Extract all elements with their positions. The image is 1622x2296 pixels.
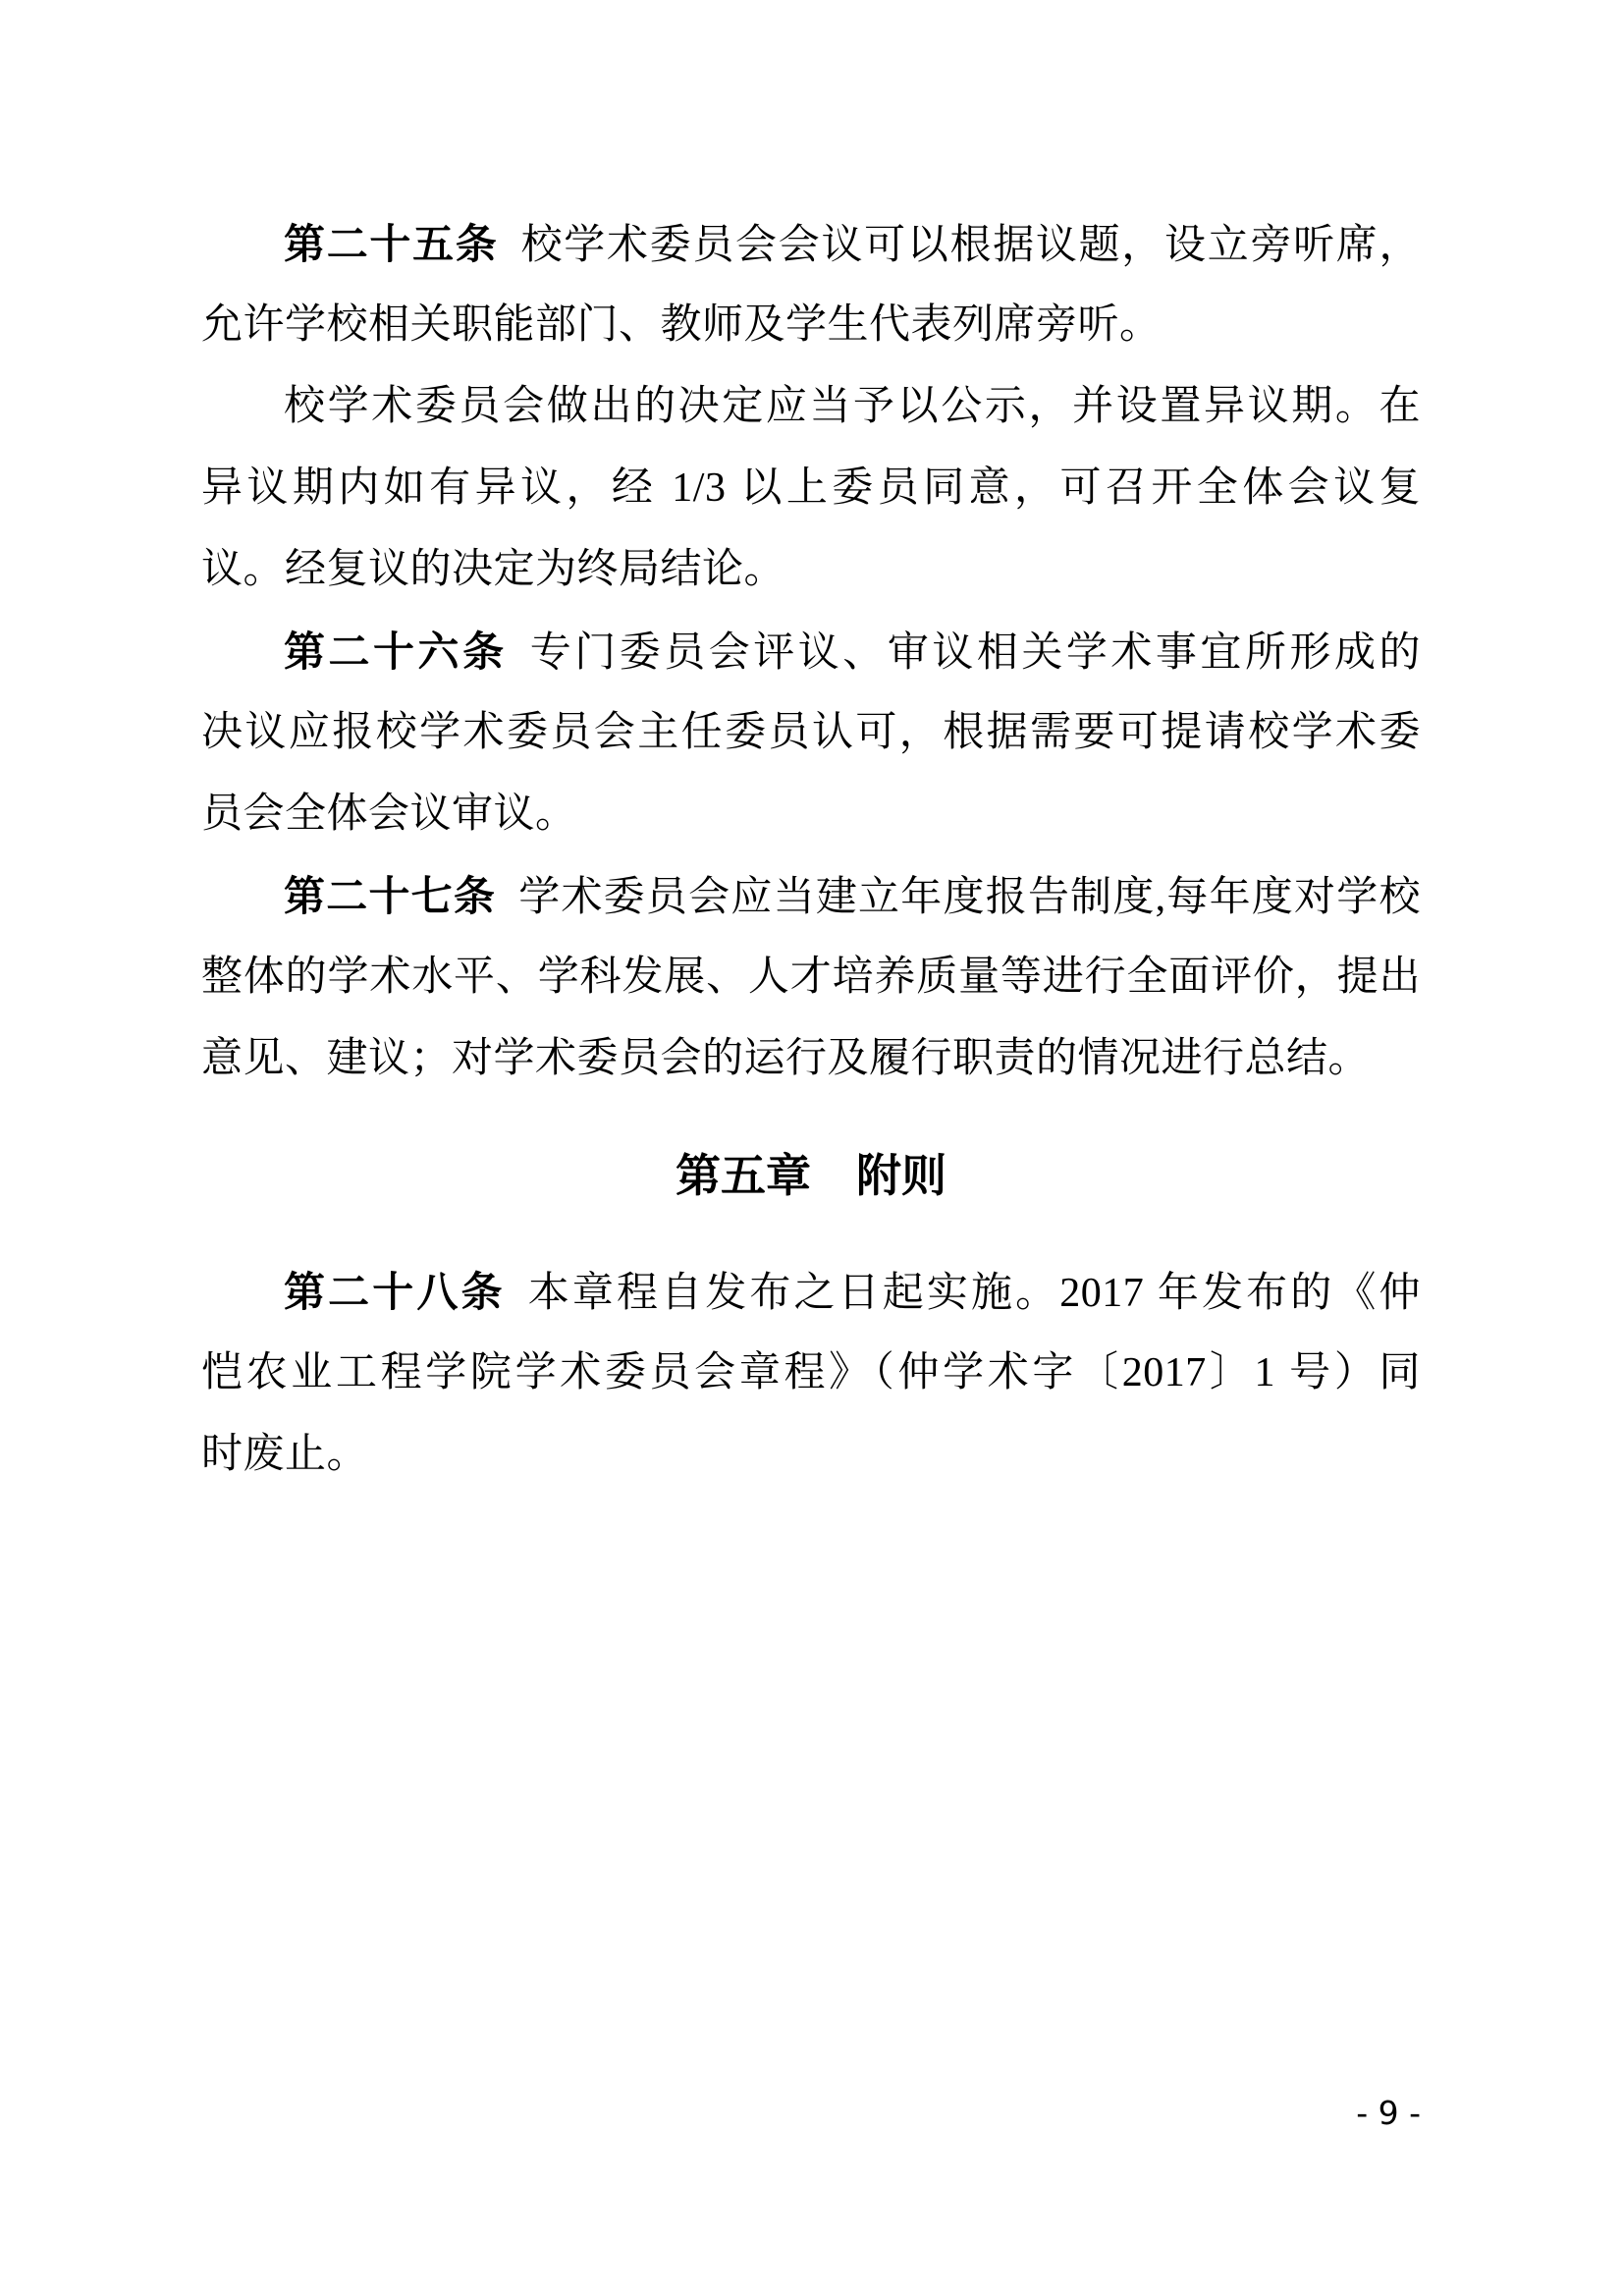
paragraph-line: 异议期内如有异议，经 1/3 以上委员同意，可召开全体会议复 bbox=[201, 448, 1421, 529]
page-number: - 9 - bbox=[1356, 2094, 1421, 2133]
document-body: 第二十五条校学术委员会会议可以根据议题，设立旁听席， 允许学校相关职能部门、教师… bbox=[201, 203, 1421, 1496]
paragraph-line: 恺农业工程学院学术委员会章程》（仲学术字〔2017〕1 号）同 bbox=[201, 1333, 1421, 1414]
article-28-paragraph: 第二十八条本章程自发布之日起实施。2017 年发布的《仲 恺农业工程学院学术委员… bbox=[201, 1251, 1421, 1496]
paragraph-text: 校学术委员会会议可以根据议题，设立旁听席， bbox=[521, 223, 1421, 268]
paragraph-line: 校学术委员会做出的决定应当予以公示，并设置异议期。在 bbox=[201, 366, 1421, 448]
article-number: 第二十七条 bbox=[284, 873, 496, 919]
article-26-paragraph: 第二十六条专门委员会评议、审议相关学术事宜所形成的 决议应报校学术委员会主任委员… bbox=[201, 611, 1421, 855]
paragraph-text: 学术委员会应当建立年度报告制度,每年度对学校 bbox=[518, 875, 1421, 920]
paragraph-line: 第二十五条校学术委员会会议可以根据议题，设立旁听席， bbox=[201, 203, 1421, 285]
document-page: 第二十五条校学术委员会会议可以根据议题，设立旁听席， 允许学校相关职能部门、教师… bbox=[0, 0, 1622, 2296]
article-number: 第二十五条 bbox=[284, 221, 498, 267]
paragraph-line: 第二十八条本章程自发布之日起实施。2017 年发布的《仲 bbox=[201, 1251, 1421, 1333]
paragraph-line: 第二十七条学术委员会应当建立年度报告制度,每年度对学校 bbox=[201, 855, 1421, 937]
paragraph-line: 时废止。 bbox=[201, 1414, 1421, 1496]
article-25-paragraph: 第二十五条校学术委员会会议可以根据议题，设立旁听席， 允许学校相关职能部门、教师… bbox=[201, 203, 1421, 366]
paragraph-line: 员会全体会议审议。 bbox=[201, 774, 1421, 855]
paragraph-line: 允许学校相关职能部门、教师及学生代表列席旁听。 bbox=[201, 285, 1421, 366]
paragraph-line: 整体的学术水平、学科发展、人才培养质量等进行全面评价，提出 bbox=[201, 937, 1421, 1018]
article-27-paragraph: 第二十七条学术委员会应当建立年度报告制度,每年度对学校 整体的学术水平、学科发展… bbox=[201, 855, 1421, 1100]
paragraph-text: 本章程自发布之日起实施。2017 年发布的《仲 bbox=[528, 1271, 1421, 1316]
article-number: 第二十六条 bbox=[284, 629, 508, 675]
paragraph-line: 第二十六条专门委员会评议、审议相关学术事宜所形成的 bbox=[201, 611, 1421, 692]
paragraph-line: 议。经复议的决定为终局结论。 bbox=[201, 529, 1421, 611]
paragraph-text: 专门委员会评议、审议相关学术事宜所形成的 bbox=[530, 630, 1421, 676]
paragraph-line: 意见、建议；对学术委员会的运行及履行职责的情况进行总结。 bbox=[201, 1018, 1421, 1100]
chapter-heading: 第五章 附则 bbox=[201, 1100, 1421, 1251]
article-number: 第二十八条 bbox=[284, 1269, 506, 1315]
paragraph-line: 决议应报校学术委员会主任委员认可，根据需要可提请校学术委 bbox=[201, 692, 1421, 774]
decision-publicity-paragraph: 校学术委员会做出的决定应当予以公示，并设置异议期。在 异议期内如有异议，经 1/… bbox=[201, 366, 1421, 611]
